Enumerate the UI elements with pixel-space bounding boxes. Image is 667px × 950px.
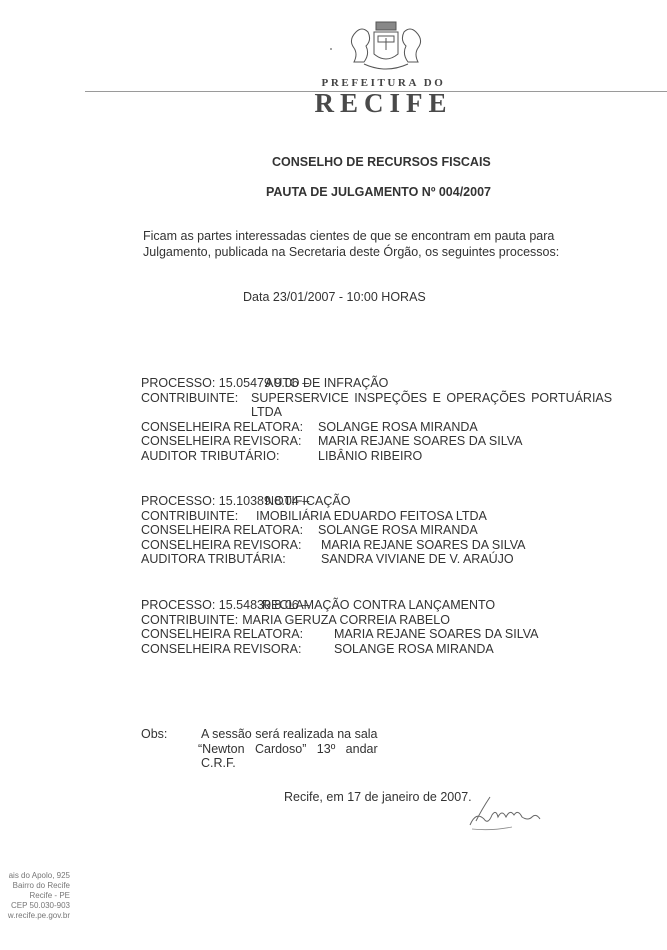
revisora-label: CONSELHEIRA REVISORA: <box>141 434 318 449</box>
process-entry: PROCESSO: 15.54830.8.06 –RECLAMAÇÃO CONT… <box>141 598 538 656</box>
relatora-name: SOLANGE ROSA MIRANDA <box>318 523 478 538</box>
auditor-name: SANDRA VIVIANE DE V. ARAÚJO <box>321 552 514 567</box>
address-line: CEP 50.030-903 <box>0 901 70 911</box>
observation-block: Obs: A sessão será realizada na sala “Ne… <box>141 727 167 742</box>
relatora-name: SOLANGE ROSA MIRANDA <box>318 420 478 435</box>
scan-speck <box>330 48 332 50</box>
auditor-label: AUDITOR TRIBUTÁRIO: <box>141 449 318 464</box>
obs-label: Obs: <box>141 727 167 742</box>
contribuinte-label: CONTRIBUINTE: <box>141 509 256 524</box>
processo-label: PROCESSO: 15.05479.9.06 – <box>141 376 258 391</box>
process-entry: PROCESSO: 15.10389.8.04 –NOTIFICAÇÃO CON… <box>141 494 525 567</box>
document-title: PAUTA DE JULGAMENTO Nº 004/2007 <box>266 185 491 199</box>
contribuinte-name: SUPERSERVICE INSPEÇÕES E OPERAÇÕES PORTU… <box>251 391 612 406</box>
revisora-name: MARIA REJANE SOARES DA SILVA <box>321 538 525 553</box>
revisora-name: SOLANGE ROSA MIRANDA <box>334 642 494 657</box>
council-heading: CONSELHO DE RECURSOS FISCAIS <box>272 155 491 169</box>
obs-line: A sessão será realizada na sala <box>201 727 378 742</box>
place-and-date: Recife, em 17 de janeiro de 2007. <box>284 790 472 804</box>
revisora-label: CONSELHEIRA REVISORA: <box>141 538 321 553</box>
address-line: w.recife.pe.gov.br <box>0 911 70 921</box>
processo-label: PROCESSO: 15.10389.8.04 – <box>141 494 258 509</box>
address-line: ais do Apolo, 925 <box>0 871 70 881</box>
process-entry: PROCESSO: 15.05479.9.06 –AUTO DE INFRAÇÃ… <box>141 376 612 464</box>
contribuinte-name: IMOBILIÁRIA EDUARDO FEITOSA LTDA <box>256 509 487 524</box>
contribuinte-label: CONTRIBUINTE: <box>141 613 242 628</box>
address-line: Recife - PE <box>0 891 70 901</box>
contribuinte-name-cont: LTDA <box>251 405 282 420</box>
relatora-label: CONSELHEIRA RELATORA: <box>141 523 318 538</box>
coat-of-arms-icon <box>350 20 422 74</box>
relatora-name: MARIA REJANE SOARES DA SILVA <box>334 627 538 642</box>
intro-line: Ficam as partes interessadas cientes de … <box>143 228 559 244</box>
obs-line: “Newton Cardoso” 13º andar <box>198 742 378 757</box>
session-date: Data 23/01/2007 - 10:00 HORAS <box>243 290 426 304</box>
contribuinte-name: MARIA GERUZA CORREIA RABELO <box>242 613 450 628</box>
handwritten-signature-icon <box>460 795 555 835</box>
relatora-label: CONSELHEIRA RELATORA: <box>141 627 334 642</box>
contribuinte-label: CONTRIBUINTE: <box>141 391 251 406</box>
processo-type: AUTO DE INFRAÇÃO <box>258 376 388 391</box>
relatora-label: CONSELHEIRA RELATORA: <box>141 420 318 435</box>
footer-address: ais do Apolo, 925 Bairro do Recife Recif… <box>0 871 70 921</box>
org-name: RECIFE <box>0 88 667 119</box>
revisora-name: MARIA REJANE SOARES DA SILVA <box>318 434 522 449</box>
obs-line: C.R.F. <box>201 756 378 771</box>
auditor-name: LIBÂNIO RIBEIRO <box>318 449 422 464</box>
processo-type: NOTIFICAÇÃO <box>258 494 350 509</box>
processo-label: PROCESSO: 15.54830.8.06 – <box>141 598 258 613</box>
intro-paragraph: Ficam as partes interessadas cientes de … <box>143 228 559 260</box>
address-line: Bairro do Recife <box>0 881 70 891</box>
revisora-label: CONSELHEIRA REVISORA: <box>141 642 334 657</box>
auditor-label: AUDITORA TRIBUTÁRIA: <box>141 552 321 567</box>
intro-line: Julgamento, publicada na Secretaria dest… <box>143 244 559 260</box>
processo-type: RECLAMAÇÃO CONTRA LANÇAMENTO <box>258 598 495 613</box>
